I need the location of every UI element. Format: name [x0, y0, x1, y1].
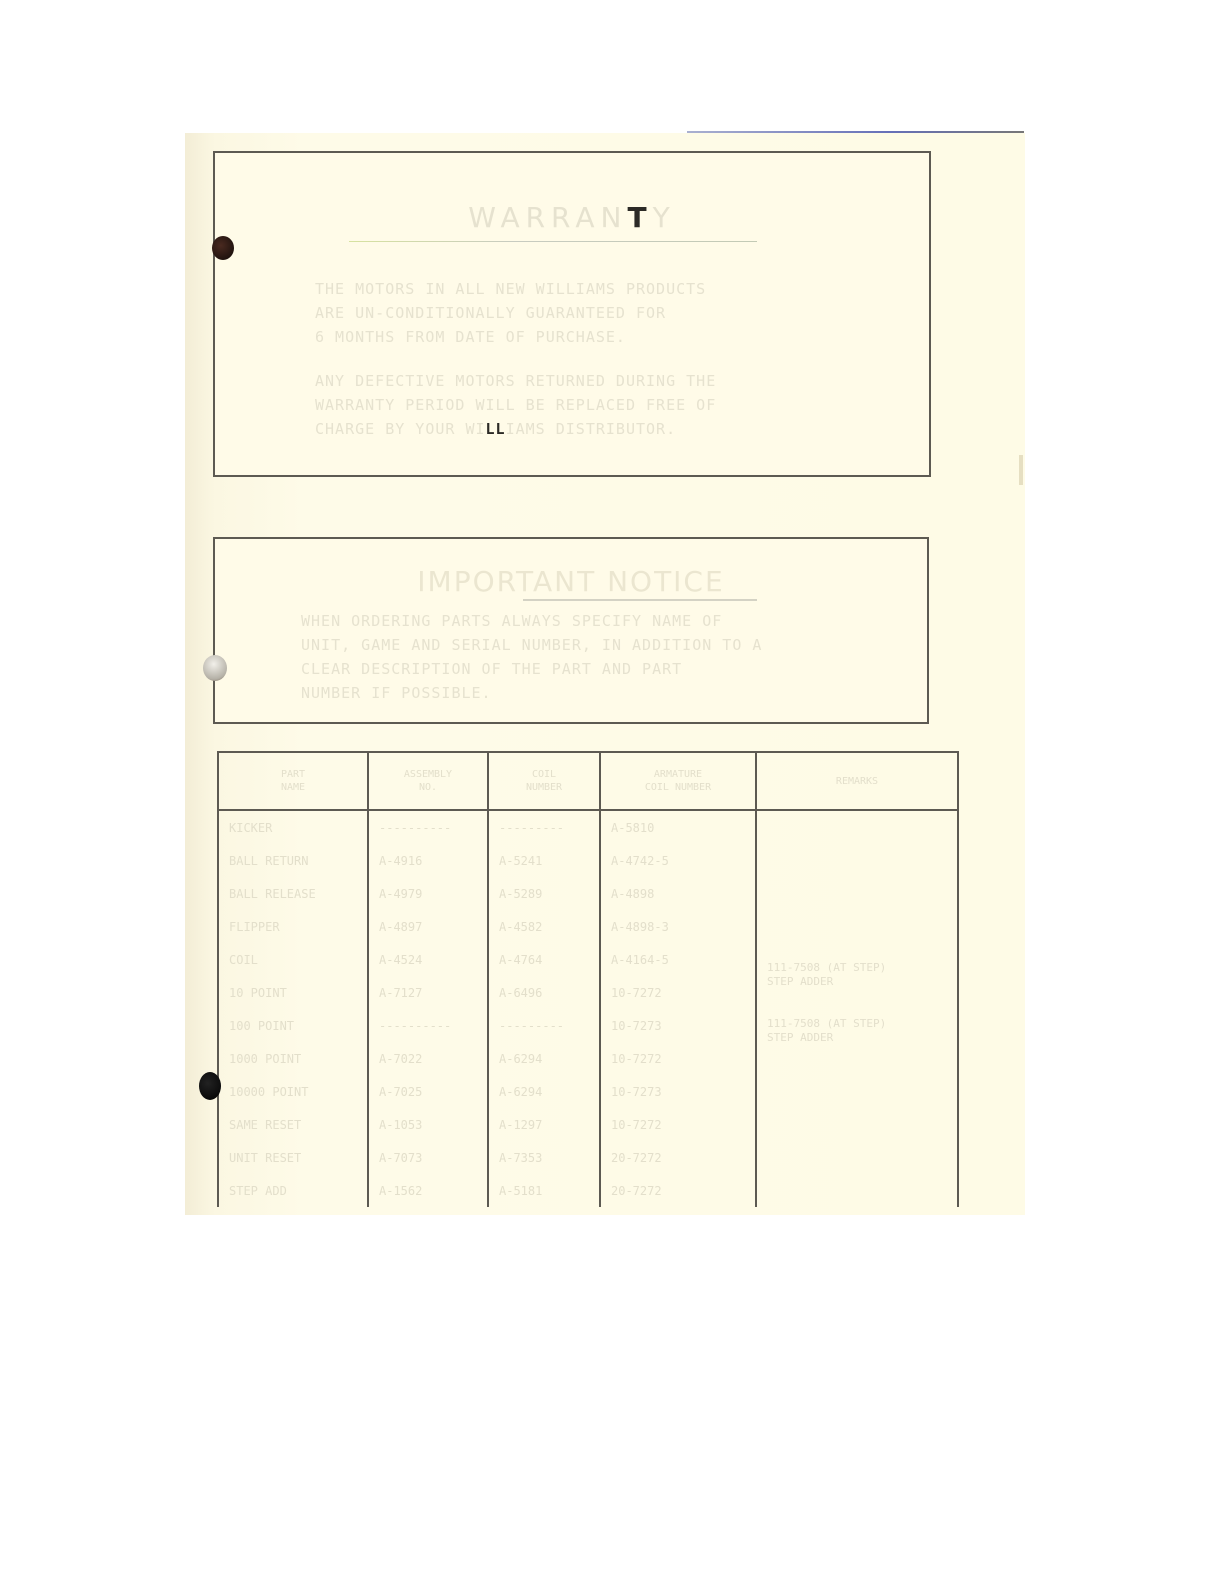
cell-armature-coil-number: 10-7272	[600, 976, 756, 1009]
cell-coil-number: A-4582	[488, 910, 600, 943]
cell-part-name: STEP ADD	[218, 1174, 368, 1207]
cell-part-name: 100 POINT	[218, 1009, 368, 1042]
cell-assembly-no: A-4524	[368, 943, 488, 976]
warranty-title-tail: Y	[653, 201, 676, 234]
cell-assembly-no: A-4897	[368, 910, 488, 943]
notice-paragraph: WHEN ORDERING PARTS ALWAYS SPECIFY NAME …	[301, 609, 861, 705]
header-armature-coil-number: ARMATURE COIL NUMBER	[600, 752, 756, 810]
warranty-title: WARRANTY	[215, 201, 929, 234]
punch-hole-bottom	[199, 1072, 221, 1100]
cell-part-name: UNIT RESET	[218, 1141, 368, 1174]
cell-part-name: 10 POINT	[218, 976, 368, 1009]
cell-armature-coil-number: A-4898-3	[600, 910, 756, 943]
table-row: KICKER-------------------A-5810111-7508 …	[218, 810, 958, 844]
warranty-paragraph-2-dark: LL	[486, 420, 506, 438]
cell-assembly-no: A-1053	[368, 1108, 488, 1141]
cell-coil-number: A-6294	[488, 1075, 600, 1108]
cell-coil-number: A-5241	[488, 844, 600, 877]
cell-part-name: COIL	[218, 943, 368, 976]
warranty-paragraph-1: THE MOTORS IN ALL NEW WILLIAMS PRODUCTS …	[315, 277, 855, 349]
table-header-row: PART NAME ASSEMBLY NO. COIL NUMBER ARMAT…	[218, 752, 958, 810]
cell-assembly-no: A-7022	[368, 1042, 488, 1075]
cell-part-name: SAME RESET	[218, 1108, 368, 1141]
cell-armature-coil-number: 10-7273	[600, 1075, 756, 1108]
cell-part-name: BALL RELEASE	[218, 877, 368, 910]
parts-table: PART NAME ASSEMBLY NO. COIL NUMBER ARMAT…	[217, 751, 959, 1207]
warranty-paragraph-2-end: IAMS DISTRIBUTOR.	[506, 420, 677, 438]
cell-part-name: FLIPPER	[218, 910, 368, 943]
header-coil-number: COIL NUMBER	[488, 752, 600, 810]
important-notice-box: IMPORTANT NOTICE WHEN ORDERING PARTS ALW…	[213, 537, 929, 724]
header-assembly-no: ASSEMBLY NO.	[368, 752, 488, 810]
cell-armature-coil-number: 20-7272	[600, 1141, 756, 1174]
cell-assembly-no: ----------	[368, 1009, 488, 1042]
cell-armature-coil-number: 20-7272	[600, 1174, 756, 1207]
notice-title-underline	[523, 599, 757, 601]
cell-coil-number: A-4764	[488, 943, 600, 976]
cell-part-name: 10000 POINT	[218, 1075, 368, 1108]
cell-armature-coil-number: 10-7272	[600, 1108, 756, 1141]
cell-assembly-no: A-7127	[368, 976, 488, 1009]
cell-coil-number: A-6496	[488, 976, 600, 1009]
cell-remarks: 111-7508 (AT STEP) STEP ADDER 111-7508 (…	[756, 810, 958, 1207]
cell-assembly-no: A-7025	[368, 1075, 488, 1108]
cell-part-name: BALL RETURN	[218, 844, 368, 877]
cell-assembly-no: ----------	[368, 810, 488, 844]
cell-assembly-no: A-1562	[368, 1174, 488, 1207]
notice-title: IMPORTANT NOTICE	[215, 565, 927, 598]
cell-coil-number: ---------	[488, 1009, 600, 1042]
cell-armature-coil-number: A-4742-5	[600, 844, 756, 877]
warranty-title-faded: WARRAN	[468, 201, 627, 234]
warranty-paragraph-2: ANY DEFECTIVE MOTORS RETURNED DURING THE…	[315, 369, 855, 441]
warranty-title-underline	[349, 241, 757, 242]
warranty-box: WARRANTY THE MOTORS IN ALL NEW WILLIAMS …	[213, 151, 931, 477]
cell-armature-coil-number: A-4164-5	[600, 943, 756, 976]
cell-coil-number: A-6294	[488, 1042, 600, 1075]
header-remarks: REMARKS	[756, 752, 958, 810]
cell-armature-coil-number: 10-7273	[600, 1009, 756, 1042]
page-edge-mark	[1019, 455, 1023, 485]
cell-coil-number: ---------	[488, 810, 600, 844]
cell-assembly-no: A-4979	[368, 877, 488, 910]
cell-part-name: 1000 POINT	[218, 1042, 368, 1075]
cell-part-name: KICKER	[218, 810, 368, 844]
cell-coil-number: A-1297	[488, 1108, 600, 1141]
punch-hole-middle	[203, 655, 227, 681]
cell-armature-coil-number: 10-7272	[600, 1042, 756, 1075]
cell-coil-number: A-7353	[488, 1141, 600, 1174]
cell-assembly-no: A-7073	[368, 1141, 488, 1174]
top-edge-line	[687, 131, 1024, 133]
cell-armature-coil-number: A-5810	[600, 810, 756, 844]
cell-coil-number: A-5289	[488, 877, 600, 910]
cell-assembly-no: A-4916	[368, 844, 488, 877]
header-part-name: PART NAME	[218, 752, 368, 810]
cell-coil-number: A-5181	[488, 1174, 600, 1207]
cell-armature-coil-number: A-4898	[600, 877, 756, 910]
punch-hole-top	[212, 236, 234, 260]
warranty-title-dark: T	[627, 201, 652, 234]
